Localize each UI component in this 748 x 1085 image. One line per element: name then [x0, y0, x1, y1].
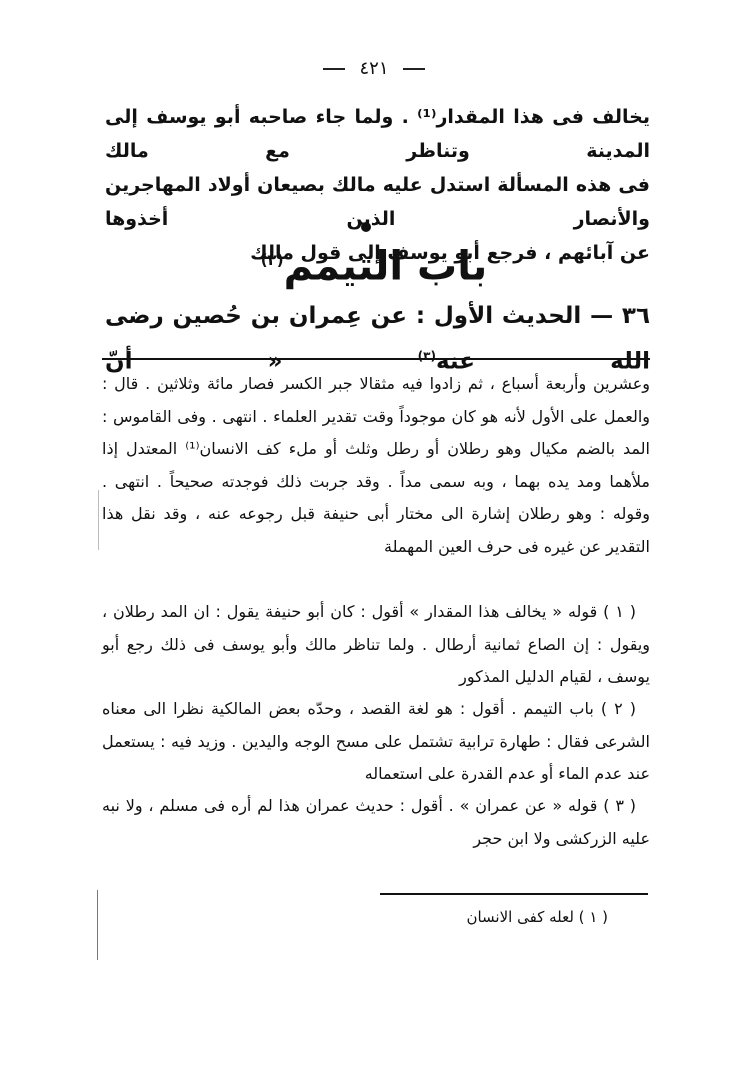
dash-decoration — [403, 68, 425, 70]
ornament-icon — [361, 222, 371, 232]
commentary-line: المد بالضم مكيال وهو رطلان أو رطل وثلث أ… — [102, 433, 650, 466]
footnote-divider — [380, 893, 648, 895]
chapter-title-text: باب التيمم — [284, 243, 488, 289]
commentary-line: وعشرين وأربعة أسباع ، ثم زادوا فيه مثقال… — [102, 368, 650, 401]
note-3: ( ٣ ) قوله « عن عمران » . أقول : حديث عم… — [102, 790, 650, 855]
footnote-marker: (٣) — [418, 349, 436, 363]
note-line: ويقول : إن الصاع ثمانية أرطال . ولما تنا… — [102, 629, 650, 662]
page-number: ٤٢١ — [0, 58, 748, 79]
commentary-line: التقدير عن غيره فى حرف العين المهملة — [102, 531, 650, 564]
commentary-line: والعمل على الأول لأنه هو كان موجوداً وقت… — [102, 401, 650, 434]
note-line: الشرعى فقال : طهارة ترابية تشتمل على مسح… — [102, 726, 650, 759]
main-text-line: فى هذه المسألة استدل عليه مالك بصيعان أو… — [105, 168, 650, 236]
footnote: ( ١ ) لعله كفى الانسان — [466, 902, 608, 932]
main-text-line: يخالف فى هذا المقدار⁽¹⁾ . ولما جاء صاحبه… — [105, 100, 650, 168]
commentary-line: وقوله : وهو رطلان إشارة الى مختار أبى حن… — [102, 498, 650, 531]
page-number-text: ٤٢١ — [359, 58, 388, 79]
note-line: ( ٢ ) باب التيمم . أقول : هو لغة القصد ،… — [102, 693, 650, 726]
book-page: ٤٢١ يخالف فى هذا المقدار⁽¹⁾ . ولما جاء ص… — [0, 0, 748, 1085]
commentary-line: ملأهما ومد يده بهما ، وبه سمى مداً . وقد… — [102, 466, 650, 499]
note-line: عند عدم الماء أو عدم القدرة على استعماله — [102, 758, 650, 791]
footnote-marker: (٢) — [261, 251, 284, 269]
note-line: يوسف ، لقيام الدليل المذكور — [102, 661, 650, 694]
scan-margin-line — [97, 890, 98, 960]
section-divider — [102, 358, 650, 360]
chapter-title: باب التيمم(٢) — [0, 232, 748, 294]
note-line: ( ٣ ) قوله « عن عمران » . أقول : حديث عم… — [102, 790, 650, 823]
note-1: ( ١ ) قوله « يخالف هذا المقدار » أقول : … — [102, 596, 650, 694]
note-line: عليه الزركشى ولا ابن حجر — [102, 823, 650, 856]
commentary: وعشرين وأربعة أسباع ، ثم زادوا فيه مثقال… — [102, 368, 650, 563]
note-line: ( ١ ) قوله « يخالف هذا المقدار » أقول : … — [102, 596, 650, 629]
dash-decoration — [323, 68, 345, 70]
note-2: ( ٢ ) باب التيمم . أقول : هو لغة القصد ،… — [102, 693, 650, 791]
scan-margin-line — [98, 490, 99, 550]
